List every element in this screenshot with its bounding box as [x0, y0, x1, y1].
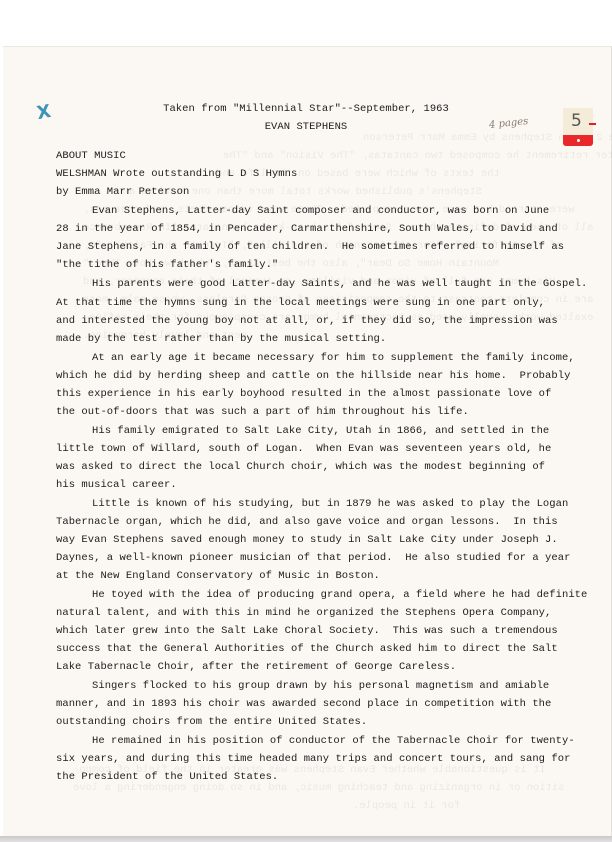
body-line: this experience in his early boyhood res… [56, 388, 551, 400]
bleed-line: sition or in organizing and teaching mus… [73, 782, 564, 794]
body-line: Jane Stephens, in a family of ten childr… [56, 241, 564, 253]
body-line: way Evan Stephens saved enough money to … [56, 534, 558, 546]
body-line: the President of the United States. [56, 771, 278, 783]
bleed-line: for it in people. [353, 800, 460, 812]
body-line: His family emigrated to Salt Lake City, … [56, 425, 549, 437]
section-label: ABOUT MUSIC [56, 150, 126, 162]
body-line: natural talent, and with this in mind he… [56, 607, 551, 619]
bleed-line: After retirement he composed two cantata… [223, 150, 612, 162]
body-line: Singers flocked to his group drawn by hi… [56, 680, 549, 692]
body-line: Evan Stephens, Latter-day Saint composer… [56, 205, 549, 217]
body-line: His parents were good Latter-day Saints,… [56, 278, 587, 290]
body-line: Daynes, a well-known pioneer musician of… [56, 552, 570, 564]
body-line: manner, and in 1893 his choir was awarde… [56, 698, 551, 710]
body-line: Tabernacle organ, which he did, and also… [56, 516, 558, 528]
body-line: little town of Willard, south of Logan. … [56, 443, 551, 455]
tab-red-band [563, 135, 593, 146]
body-line: "the tithe of his father's family." [56, 259, 278, 271]
body-line: At an early age it became necessary for … [56, 352, 575, 364]
body-line: At that time the hymns sung in the local… [56, 297, 545, 309]
body-line: six years, and during this time headed m… [56, 753, 570, 765]
byline: by Emma Marr Peterson [56, 186, 189, 198]
body-line: his musical career. [56, 479, 177, 491]
source-line: Taken from "Millennial Star"--September,… [0, 103, 612, 115]
body-line: and interested the young boy not at all,… [56, 315, 558, 327]
headline: WELSHMAN Wrote outstanding L D S Hymns [56, 168, 297, 180]
body-line: 28 in the year of 1854, in Pencader, Car… [56, 223, 558, 235]
scan-bottom-strip [0, 836, 612, 842]
body-line: He remained in his position of conductor… [56, 735, 575, 747]
tab-dot [577, 139, 580, 142]
body-line: Lake Tabernacle Choir, after the retirem… [56, 661, 456, 673]
body-line: made by the test rather than by the musi… [56, 333, 386, 345]
body-line: at the New England Conservatory of Music… [56, 570, 380, 582]
body-line: success that the General Authorities of … [56, 643, 558, 655]
body-line: He toyed with the idea of producing gran… [56, 589, 587, 601]
body-line: which he did by herding sheep and cattle… [56, 370, 570, 382]
body-line: which later grew into the Salt Lake Chor… [56, 625, 558, 637]
document-title: EVAN STEPHENS [0, 121, 612, 133]
body-line: Little is known of his studying, but in … [56, 498, 568, 510]
body-line: outstanding choirs from the entire Unite… [56, 716, 367, 728]
body-line: the out-of-doors that was such a part of… [56, 406, 469, 418]
body-line: was asked to direct the local Church cho… [56, 461, 545, 473]
